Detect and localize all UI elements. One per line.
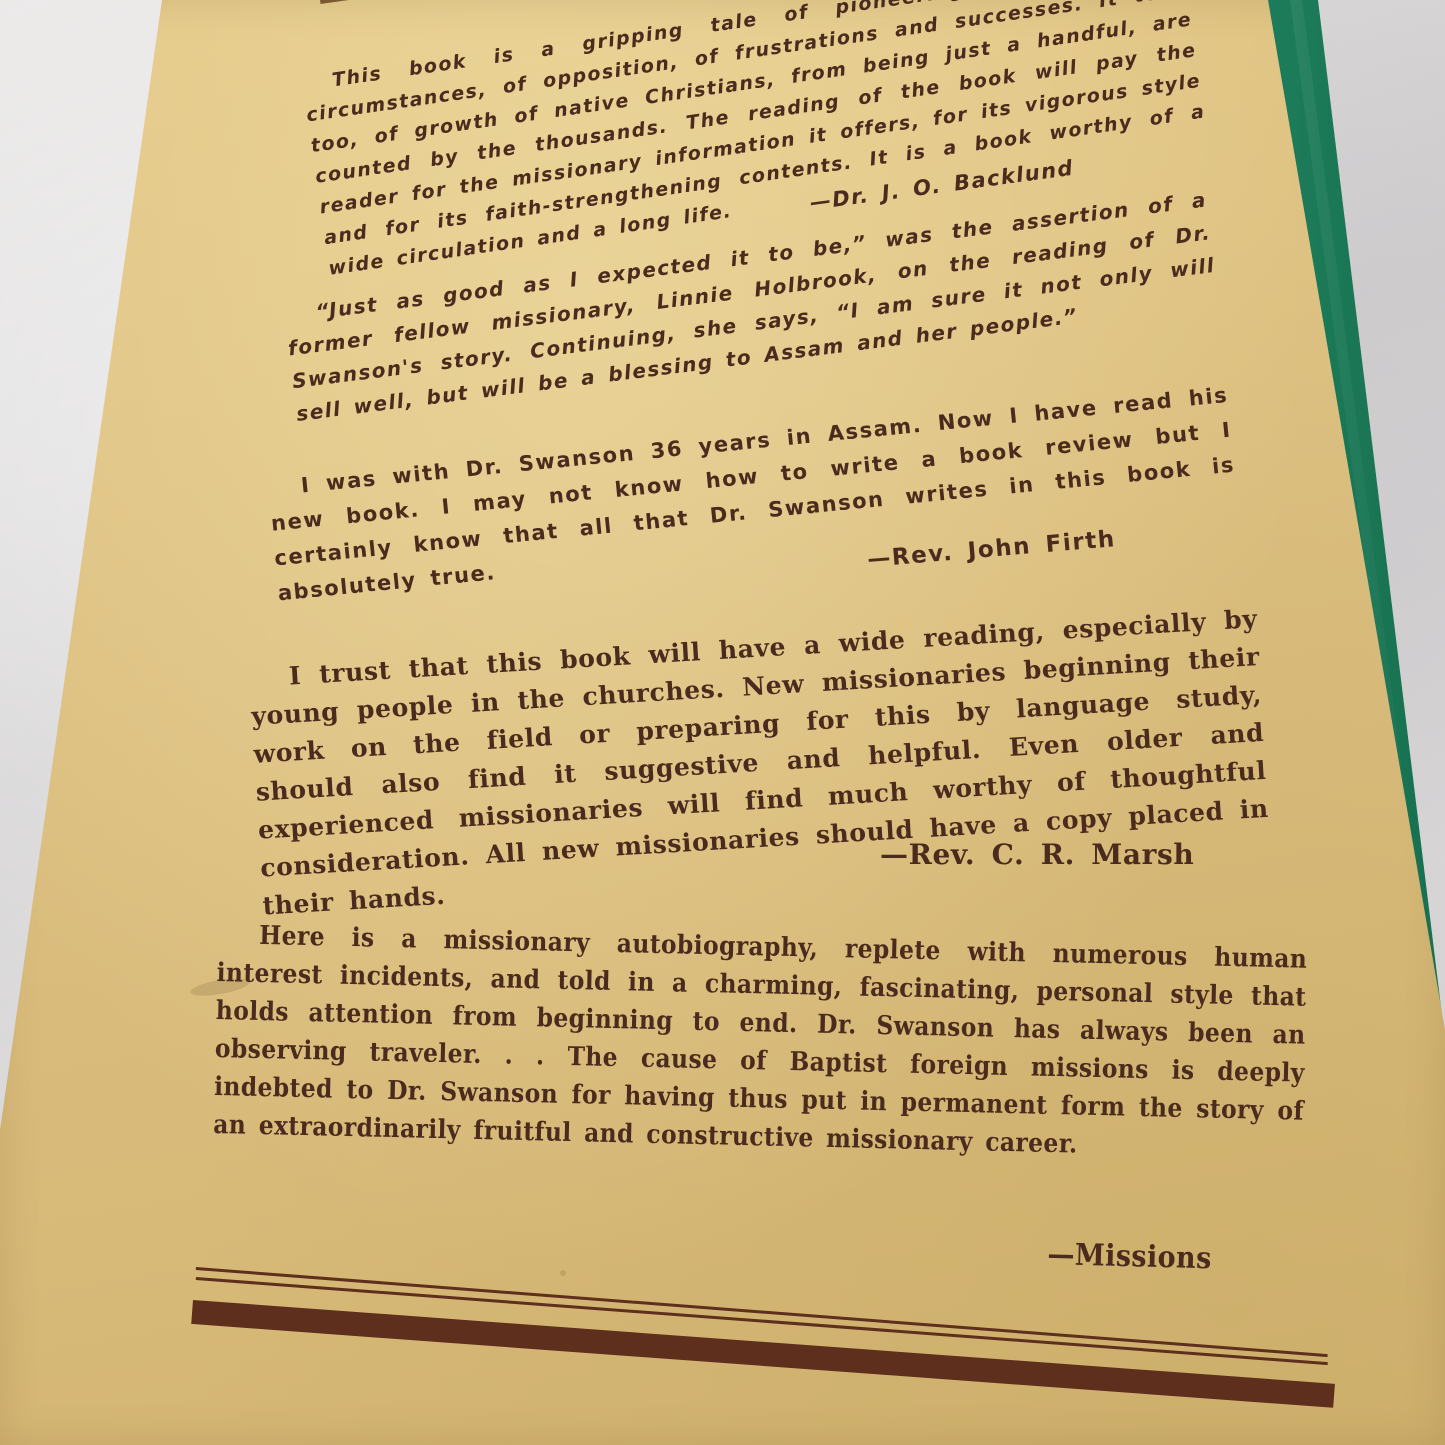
- cover-speck: [560, 1270, 566, 1276]
- review-5-attribution: —Missions: [1047, 1236, 1212, 1278]
- review-5-text: Here is a missionary autobiography, repl…: [213, 916, 1308, 1169]
- review-4-attribution: —Rev. C. R. Marsh: [880, 836, 1194, 874]
